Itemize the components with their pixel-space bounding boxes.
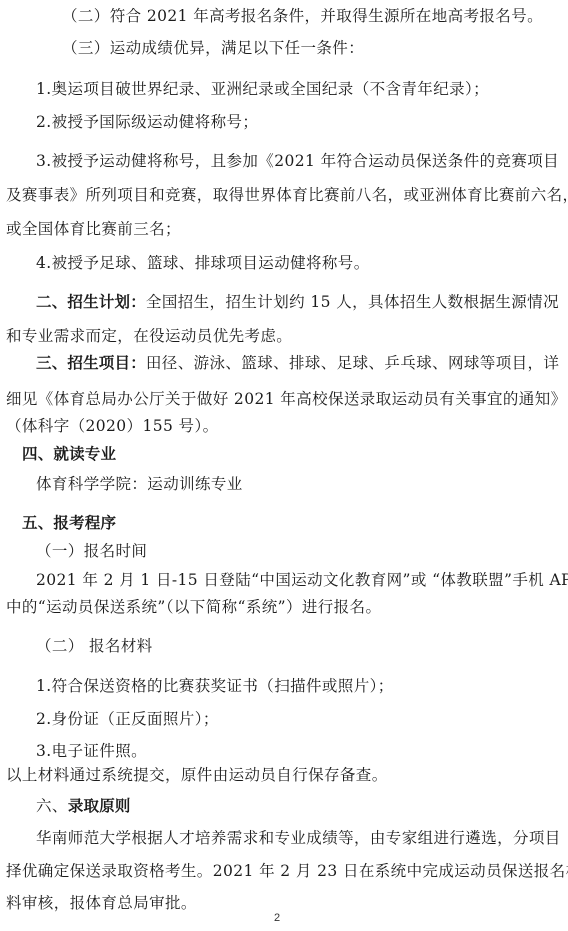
paragraph-registration-time-cont: 中的“运动员保送系统”（以下简称“系统”）进行报名。: [6, 597, 381, 617]
section-heading-admission-principle: 六、录取原则: [36, 796, 131, 816]
list-item-criterion-3-line-1: 3.被授予运动健将称号，且参加《2021 年符合运动员保送条件的竞赛项目: [36, 151, 559, 171]
section-body-enrollment-sports: 田径、游泳、篮球、排球、足球、乒乓球、网球等项目，详: [146, 353, 559, 373]
subheading-registration-materials: （二） 报名材料: [36, 636, 153, 656]
paragraph-enrollment-sports-cont: 细见《体育总局办公厅关于做好 2021 年高校保送录取运动员有关事宜的通知》: [6, 389, 559, 409]
paragraph-materials-note: 以上材料通过系统提交，原件由运动员自行保存备查。: [6, 765, 388, 785]
paragraph-document-ref: （体科字（2020）155 号）。: [6, 416, 219, 436]
paragraph-registration-time: 2021 年 2 月 1 日-15 日登陆“中国运动文化教育网”或 “体教联盟”…: [36, 570, 559, 590]
list-item-material-1: 1.符合保送资格的比赛获奖证书（扫描件或照片）；: [36, 676, 394, 696]
paragraph-admission-principle: 华南师范大学根据人才培养需求和专业成绩等，由专家组进行遴选，分项目: [36, 828, 559, 848]
list-item-criterion-4: 4.被授予足球、篮球、排球项目运动健将称号。: [36, 253, 370, 273]
list-item-criterion-2: 2.被授予国际级运动健将称号；: [36, 112, 258, 132]
paragraph-admission-principle-end: 料审核，报体育总局审批。: [6, 893, 197, 913]
list-item-criterion-3-line-3: 或全国体育比赛前三名；: [6, 219, 181, 239]
list-item-material-2: 2.身份证（正反面照片）；: [36, 709, 219, 729]
paragraph-condition-2: （二）符合 2021 年高考报名条件，并取得生源所在地高考报名号。: [62, 6, 543, 26]
section-heading-enrollment-plan: 二、招生计划：: [36, 292, 146, 312]
section-enrollment-plan: 二、招生计划：全国招生，招生计划约 15 人，具体招生人数根据生源情况: [36, 292, 559, 312]
section-body-enrollment-plan: 全国招生，招生计划约 15 人，具体招生人数根据生源情况: [146, 292, 559, 312]
paragraph-admission-principle-cont: 择优确定保送录取资格考生。2021 年 2 月 23 日在系统中完成运动员保送报…: [6, 861, 559, 881]
paragraph-condition-3: （三）运动成绩优异，满足以下任一条件：: [62, 38, 364, 58]
section-heading-application-procedure: 五、报考程序: [22, 513, 116, 533]
section-title: 录取原则: [68, 797, 131, 815]
paragraph-major: 体育科学学院：运动训练专业: [36, 474, 243, 494]
subheading-registration-time: （一）报名时间: [36, 541, 147, 561]
list-item-criterion-1: 1.奥运项目破世界纪录、亚洲纪录或全国纪录（不含青年纪录）；: [36, 79, 489, 99]
page-number: 2: [274, 912, 280, 924]
section-number: 六、: [36, 797, 68, 815]
list-item-criterion-3-line-2: 及赛事表》所列项目和竞赛，取得世界体育比赛前八名，或亚洲体育比赛前六名，: [6, 185, 559, 205]
paragraph-enrollment-plan-cont: 和专业需求而定，在役运动员优先考虑。: [6, 326, 292, 346]
section-heading-major: 四、就读专业: [22, 444, 116, 464]
section-heading-enrollment-sports: 三、招生项目：: [36, 353, 146, 373]
list-item-material-3: 3.电子证件照。: [36, 741, 147, 761]
section-enrollment-sports: 三、招生项目：田径、游泳、篮球、排球、足球、乒乓球、网球等项目，详: [36, 353, 559, 373]
